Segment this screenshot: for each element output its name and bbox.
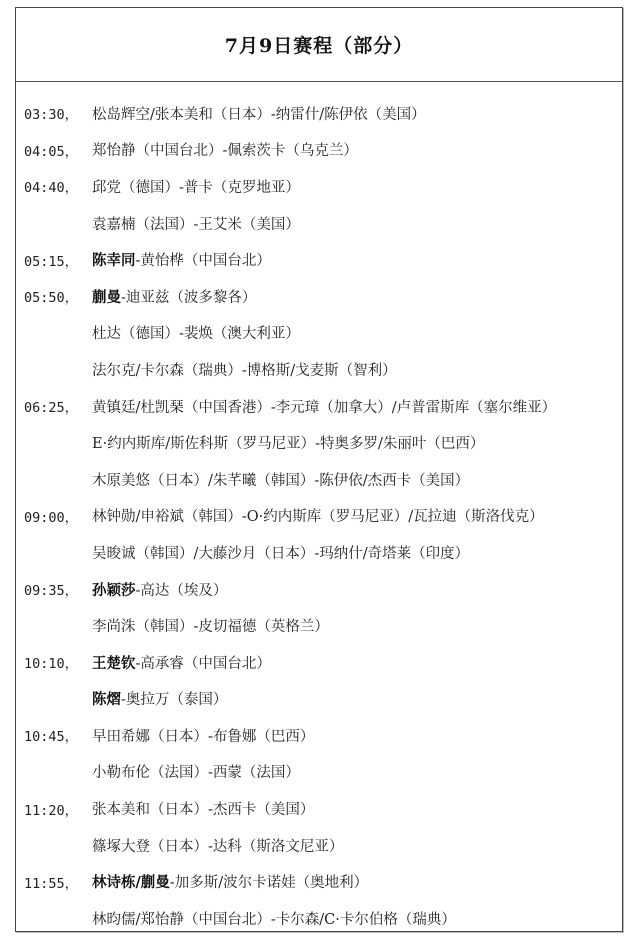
- match-time: 03:30，: [16, 103, 92, 123]
- match-text: 杜达（德国）-裴焕（澳大利亚）: [92, 322, 300, 343]
- match-text: 李尚洙（韩国）-皮切福德（英格兰）: [92, 615, 329, 636]
- match-opponents: 郑怡静（中国台北）-佩索茨卡（乌克兰）: [92, 143, 358, 159]
- match-opponents: -高承睿（中国台北）: [136, 656, 271, 672]
- chinese-player-highlight: 王楚钦: [92, 655, 136, 672]
- match-text: 邱党（德国）-普卡（克罗地亚）: [92, 176, 300, 197]
- match-time: 04:40，: [16, 176, 92, 196]
- match-opponents: -高达（埃及）: [136, 583, 228, 599]
- schedule-row: 林昀儒/郑怡静（中国台北）-卡尔森/C·卡尔伯格（瑞典）: [16, 900, 622, 937]
- match-text: 陈幸同-黄怡桦（中国台北）: [92, 249, 271, 270]
- schedule-row: 11:55，林诗栋/蒯曼-加多斯/波尔卡诺娃（奥地利）: [16, 863, 622, 900]
- schedule-row: 04:05，郑怡静（中国台北）-佩索茨卡（乌克兰）: [16, 132, 622, 169]
- chinese-player-highlight: 蒯曼: [92, 289, 121, 306]
- schedule-row: 09:35，孙颖莎-高达（埃及）: [16, 571, 622, 608]
- match-opponents: 杜达（德国）-裴焕（澳大利亚）: [92, 326, 300, 342]
- schedule-row: 李尚洙（韩国）-皮切福德（英格兰）: [16, 607, 622, 644]
- schedule-row: E·约内斯库/斯佐科斯（罗马尼亚）-特奥多罗/朱丽叶（巴西）: [16, 424, 622, 461]
- match-text: 孙颖莎-高达（埃及）: [92, 579, 227, 600]
- schedule-row: 10:10，王楚钦-高承睿（中国台北）: [16, 644, 622, 681]
- schedule-row: 10:45，早田希娜（日本）-布鲁娜（巴西）: [16, 717, 622, 754]
- match-opponents: 李尚洙（韩国）-皮切福德（英格兰）: [92, 619, 329, 635]
- match-time: 05:50，: [16, 286, 92, 306]
- match-opponents: 林昀儒/郑怡静（中国台北）-卡尔森/C·卡尔伯格（瑞典）: [92, 912, 456, 928]
- schedule-row: 吴晙诚（韩国）/大藤沙月（日本）-玛纳什/奇塔莱（印度）: [16, 534, 622, 571]
- chinese-player-highlight: 林诗栋/蒯曼: [92, 874, 170, 891]
- chinese-player-highlight: 陈熠: [92, 691, 121, 708]
- match-opponents: -迪亚兹（波多黎各）: [121, 290, 256, 306]
- match-text: 林昀儒/郑怡静（中国台北）-卡尔森/C·卡尔伯格（瑞典）: [92, 908, 456, 929]
- match-opponents: 小勒布伦（法国）-西蒙（法国）: [92, 765, 300, 781]
- schedule-row: 06:25，黄镇廷/杜凯琹（中国香港）-李元璋（加拿大）/卢普雷斯库（塞尔维亚）: [16, 388, 622, 425]
- match-opponents: -加多斯/波尔卡诺娃（奥地利）: [170, 875, 368, 891]
- schedule-row: 03:30，松岛辉空/张本美和（日本）-纳雷什/陈伊依（美国）: [16, 95, 622, 132]
- schedule-row: 法尔克/卡尔森（瑞典）-博格斯/戈麦斯（智利）: [16, 351, 622, 388]
- match-text: 早田希娜（日本）-布鲁娜（巴西）: [92, 725, 314, 746]
- match-opponents: 篠塚大登（日本）-达科（斯洛文尼亚）: [92, 839, 343, 855]
- match-text: 郑怡静（中国台北）-佩索茨卡（乌克兰）: [92, 139, 358, 160]
- match-opponents: 张本美和（日本）-杰西卡（美国）: [92, 802, 314, 818]
- match-opponents: 早田希娜（日本）-布鲁娜（巴西）: [92, 729, 314, 745]
- chinese-player-highlight: 孙颖莎: [92, 582, 136, 599]
- schedule-row: 木原美悠（日本）/朱芊曦（韩国）-陈伊依/杰西卡（美国）: [16, 461, 622, 498]
- match-text: 陈熠-奥拉万（泰国）: [92, 688, 227, 709]
- match-text: 王楚钦-高承睿（中国台北）: [92, 652, 271, 673]
- schedule-row: 杜达（德国）-裴焕（澳大利亚）: [16, 315, 622, 352]
- match-time: 10:45，: [16, 725, 92, 745]
- title-cell: 7月9日赛程（部分）: [16, 8, 622, 82]
- schedule-rows: 03:30，松岛辉空/张本美和（日本）-纳雷什/陈伊依（美国）04:05，郑怡静…: [16, 82, 622, 937]
- schedule-row: 11:20，张本美和（日本）-杰西卡（美国）: [16, 790, 622, 827]
- chinese-player-highlight: 陈幸同: [92, 252, 136, 269]
- schedule-row: 05:50，蒯曼-迪亚兹（波多黎各）: [16, 278, 622, 315]
- match-text: 小勒布伦（法国）-西蒙（法国）: [92, 761, 300, 782]
- match-time: 09:00，: [16, 506, 92, 526]
- match-text: 林诗栋/蒯曼-加多斯/波尔卡诺娃（奥地利）: [92, 871, 368, 892]
- schedule-row: 小勒布伦（法国）-西蒙（法国）: [16, 754, 622, 791]
- match-text: 蒯曼-迪亚兹（波多黎各）: [92, 286, 256, 307]
- match-text: 吴晙诚（韩国）/大藤沙月（日本）-玛纳什/奇塔莱（印度）: [92, 542, 469, 563]
- match-text: 法尔克/卡尔森（瑞典）-博格斯/戈麦斯（智利）: [92, 359, 397, 380]
- schedule-row: 04:40，邱党（德国）-普卡（克罗地亚）: [16, 168, 622, 205]
- match-text: 林钟勋/申裕斌（韩国）-O·约内斯库（罗马尼亚）/瓦拉迪（斯洛伐克）: [92, 505, 544, 526]
- match-opponents: E·约内斯库/斯佐科斯（罗马尼亚）-特奥多罗/朱丽叶（巴西）: [92, 436, 484, 452]
- match-opponents: 袁嘉楠（法国）-王艾米（美国）: [92, 217, 300, 233]
- match-opponents: 黄镇廷/杜凯琹（中国香港）-李元璋（加拿大）/卢普雷斯库（塞尔维亚）: [92, 400, 556, 416]
- match-text: 袁嘉楠（法国）-王艾米（美国）: [92, 213, 300, 234]
- match-text: 篠塚大登（日本）-达科（斯洛文尼亚）: [92, 835, 343, 856]
- match-text: 木原美悠（日本）/朱芊曦（韩国）-陈伊依/杰西卡（美国）: [92, 469, 469, 490]
- match-opponents: 吴晙诚（韩国）/大藤沙月（日本）-玛纳什/奇塔莱（印度）: [92, 546, 469, 562]
- match-text: 张本美和（日本）-杰西卡（美国）: [92, 798, 314, 819]
- match-opponents: 木原美悠（日本）/朱芊曦（韩国）-陈伊依/杰西卡（美国）: [92, 473, 469, 489]
- match-text: 黄镇廷/杜凯琹（中国香港）-李元璋（加拿大）/卢普雷斯库（塞尔维亚）: [92, 396, 556, 417]
- page-title: 7月9日赛程（部分）: [225, 31, 413, 58]
- schedule-row: 09:00，林钟勋/申裕斌（韩国）-O·约内斯库（罗马尼亚）/瓦拉迪（斯洛伐克）: [16, 498, 622, 535]
- match-opponents: 法尔克/卡尔森（瑞典）-博格斯/戈麦斯（智利）: [92, 363, 397, 379]
- match-time: 06:25，: [16, 396, 92, 416]
- match-time: 05:15，: [16, 250, 92, 270]
- match-opponents: 邱党（德国）-普卡（克罗地亚）: [92, 180, 300, 196]
- match-time: 10:10，: [16, 652, 92, 672]
- schedule-row: 袁嘉楠（法国）-王艾米（美国）: [16, 205, 622, 242]
- match-opponents: -奥拉万（泰国）: [121, 692, 227, 708]
- schedule-row: 陈熠-奥拉万（泰国）: [16, 681, 622, 718]
- match-opponents: -黄怡桦（中国台北）: [136, 253, 271, 269]
- match-time: 09:35，: [16, 579, 92, 599]
- match-time: 11:55，: [16, 872, 92, 892]
- match-time: 04:05，: [16, 140, 92, 160]
- match-time: 11:20，: [16, 799, 92, 819]
- schedule-row: 篠塚大登（日本）-达科（斯洛文尼亚）: [16, 827, 622, 864]
- match-text: 松岛辉空/张本美和（日本）-纳雷什/陈伊依（美国）: [92, 103, 426, 124]
- match-text: E·约内斯库/斯佐科斯（罗马尼亚）-特奥多罗/朱丽叶（巴西）: [92, 432, 484, 453]
- schedule-table: 7月9日赛程（部分） 03:30，松岛辉空/张本美和（日本）-纳雷什/陈伊依（美…: [15, 7, 623, 932]
- schedule-row: 05:15，陈幸同-黄怡桦（中国台北）: [16, 241, 622, 278]
- match-opponents: 松岛辉空/张本美和（日本）-纳雷什/陈伊依（美国）: [92, 107, 426, 123]
- match-opponents: 林钟勋/申裕斌（韩国）-O·约内斯库（罗马尼亚）/瓦拉迪（斯洛伐克）: [92, 509, 544, 525]
